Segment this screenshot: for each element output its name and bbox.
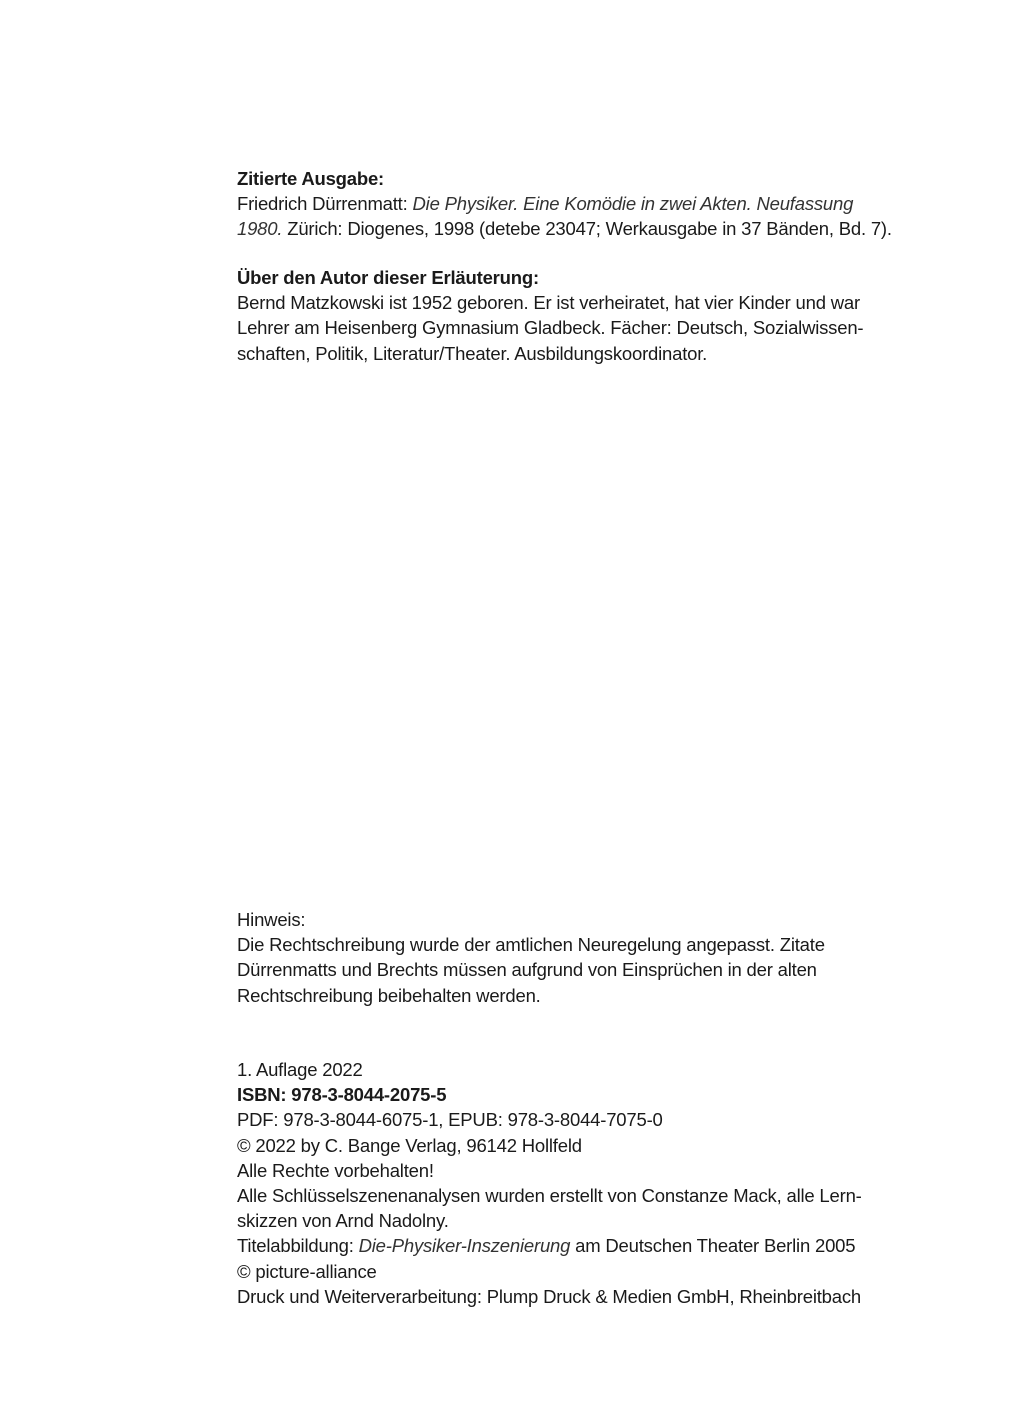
digital-isbns: PDF: 978-3-8044-6075-1, EPUB: 978-3-8044…	[237, 1107, 937, 1132]
cited-author: Friedrich Dürrenmatt:	[237, 193, 413, 214]
cited-title: Die Physiker. Eine Komödie in zwei Akten…	[413, 193, 854, 214]
cited-edition-heading: Zitierte Ausgabe:	[237, 166, 937, 191]
note-line: Die Rechtschreibung wurde der amtlichen …	[237, 932, 937, 957]
cited-edition-section: Zitierte Ausgabe: Friedrich Dürrenmatt: …	[237, 166, 937, 242]
cited-publisher: Zürich: Diogenes, 1998 (detebe 23047; We…	[282, 218, 892, 239]
about-author-line: Bernd Matzkowski ist 1952 geboren. Er is…	[237, 290, 937, 315]
cited-edition-line-2: 1980. Zürich: Diogenes, 1998 (detebe 230…	[237, 216, 937, 241]
cited-title-year: 1980.	[237, 218, 282, 239]
cover-prefix: Titelabbildung:	[237, 1235, 359, 1256]
cover-copyright: © picture-alliance	[237, 1259, 937, 1284]
cover-image-credit: Titelabbildung: Die-Physiker-Inszenierun…	[237, 1233, 937, 1258]
note-heading: Hinweis:	[237, 907, 937, 932]
about-author-heading: Über den Autor dieser Erläuterung:	[237, 265, 937, 290]
about-author-line: schaften, Politik, Literatur/Theater. Au…	[237, 341, 937, 366]
note-line: Rechtschreibung beibehalten werden.	[237, 983, 937, 1008]
note-line: Dürrenmatts und Brechts müssen aufgrund …	[237, 957, 937, 982]
note-section: Hinweis: Die Rechtschreibung wurde der a…	[237, 907, 937, 1008]
imprint-section: 1. Auflage 2022 ISBN: 978-3-8044-2075-5 …	[237, 1057, 937, 1309]
copyright: © 2022 by C. Bange Verlag, 96142 Hollfel…	[237, 1133, 937, 1158]
rights-reserved: Alle Rechte vorbehalten!	[237, 1158, 937, 1183]
cover-suffix: am Deutschen Theater Berlin 2005	[570, 1235, 855, 1256]
about-author-section: Über den Autor dieser Erläuterung: Bernd…	[237, 265, 937, 366]
edition-info: 1. Auflage 2022	[237, 1057, 937, 1082]
cover-title: Die-Physiker-Inszenierung	[359, 1235, 571, 1256]
printing-info: Druck und Weiterverarbeitung: Plump Druc…	[237, 1284, 937, 1309]
cited-edition-line-1: Friedrich Dürrenmatt: Die Physiker. Eine…	[237, 191, 937, 216]
about-author-line: Lehrer am Heisenberg Gymnasium Gladbeck.…	[237, 315, 937, 340]
credits-line: skizzen von Arnd Nadolny.	[237, 1208, 937, 1233]
isbn: ISBN: 978-3-8044-2075-5	[237, 1082, 937, 1107]
credits-line: Alle Schlüsselszenenanalysen wurden erst…	[237, 1183, 937, 1208]
